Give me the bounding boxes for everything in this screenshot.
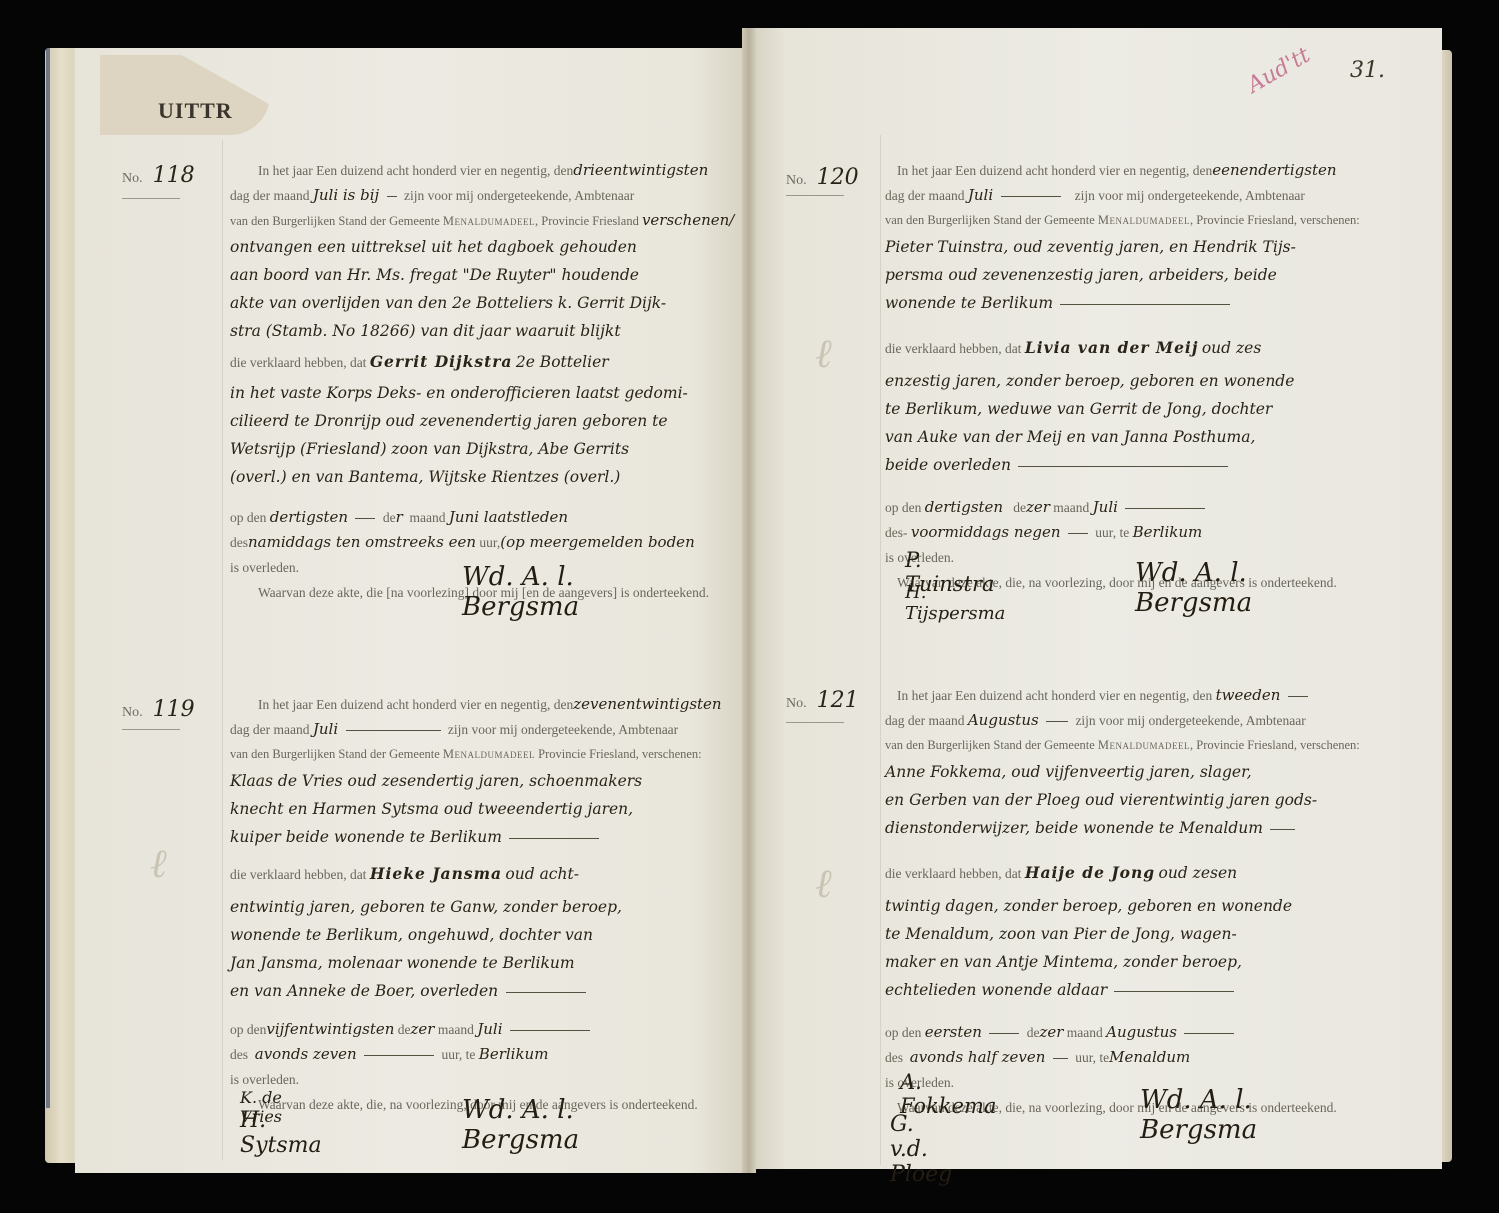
- record-number: No.121: [786, 688, 859, 713]
- record-number: No.120: [786, 165, 859, 190]
- pencil-margin-mark: ℓ: [150, 840, 167, 887]
- record-body: In het jaar Een duizend acht honderd vie…: [230, 158, 720, 605]
- deceased-name: Gerrit Dijkstra: [370, 352, 513, 371]
- record-body: In het jaar Een duizend acht honderd vie…: [885, 683, 1395, 1120]
- record-number: No.118: [122, 163, 195, 188]
- margin-rule: [880, 135, 881, 1165]
- record-body: In het jaar Een duizend acht honderd vie…: [885, 158, 1395, 595]
- register-book: UITTR Aud'tt 31. No.118 In het jaar Een …: [0, 0, 1499, 1213]
- record-number: No.119: [122, 697, 195, 722]
- pencil-margin-mark: ℓ: [815, 860, 832, 907]
- official-signature: Wd. A. l. Bergsma: [462, 562, 579, 622]
- informant-signature: A. Fokkema: [900, 1070, 996, 1118]
- informant-signature: H. Sytsma: [240, 1108, 322, 1158]
- deceased-name: Livia van der Meij: [1025, 338, 1199, 357]
- label-slip-text: UITTR: [158, 98, 233, 124]
- deceased-name: Haije de Jong: [1025, 863, 1155, 882]
- left-cover-edge: [46, 48, 50, 1108]
- book-gutter: [742, 28, 756, 1173]
- official-signature: Wd. A. l. Bergsma: [462, 1095, 579, 1155]
- margin-rule: [222, 140, 223, 1160]
- pencil-margin-mark: ℓ: [815, 330, 832, 377]
- informant-signature: H. Tijspersma: [905, 582, 1005, 624]
- record-number-rule: [122, 729, 180, 730]
- official-signature: Wd. A. l. Bergsma: [1140, 1085, 1257, 1145]
- folio-page-number: 31.: [1350, 58, 1385, 83]
- record-number-rule: [786, 722, 844, 723]
- official-signature: Wd. A. l. Bergsma: [1135, 558, 1252, 618]
- informant-signature: G. v.d. Ploeg: [890, 1112, 952, 1187]
- record-number-rule: [786, 195, 844, 196]
- record-number-rule: [122, 198, 180, 199]
- deceased-name: Hieke Jansma: [370, 864, 502, 883]
- record-body: In het jaar Een duizend acht honderd vie…: [230, 692, 720, 1117]
